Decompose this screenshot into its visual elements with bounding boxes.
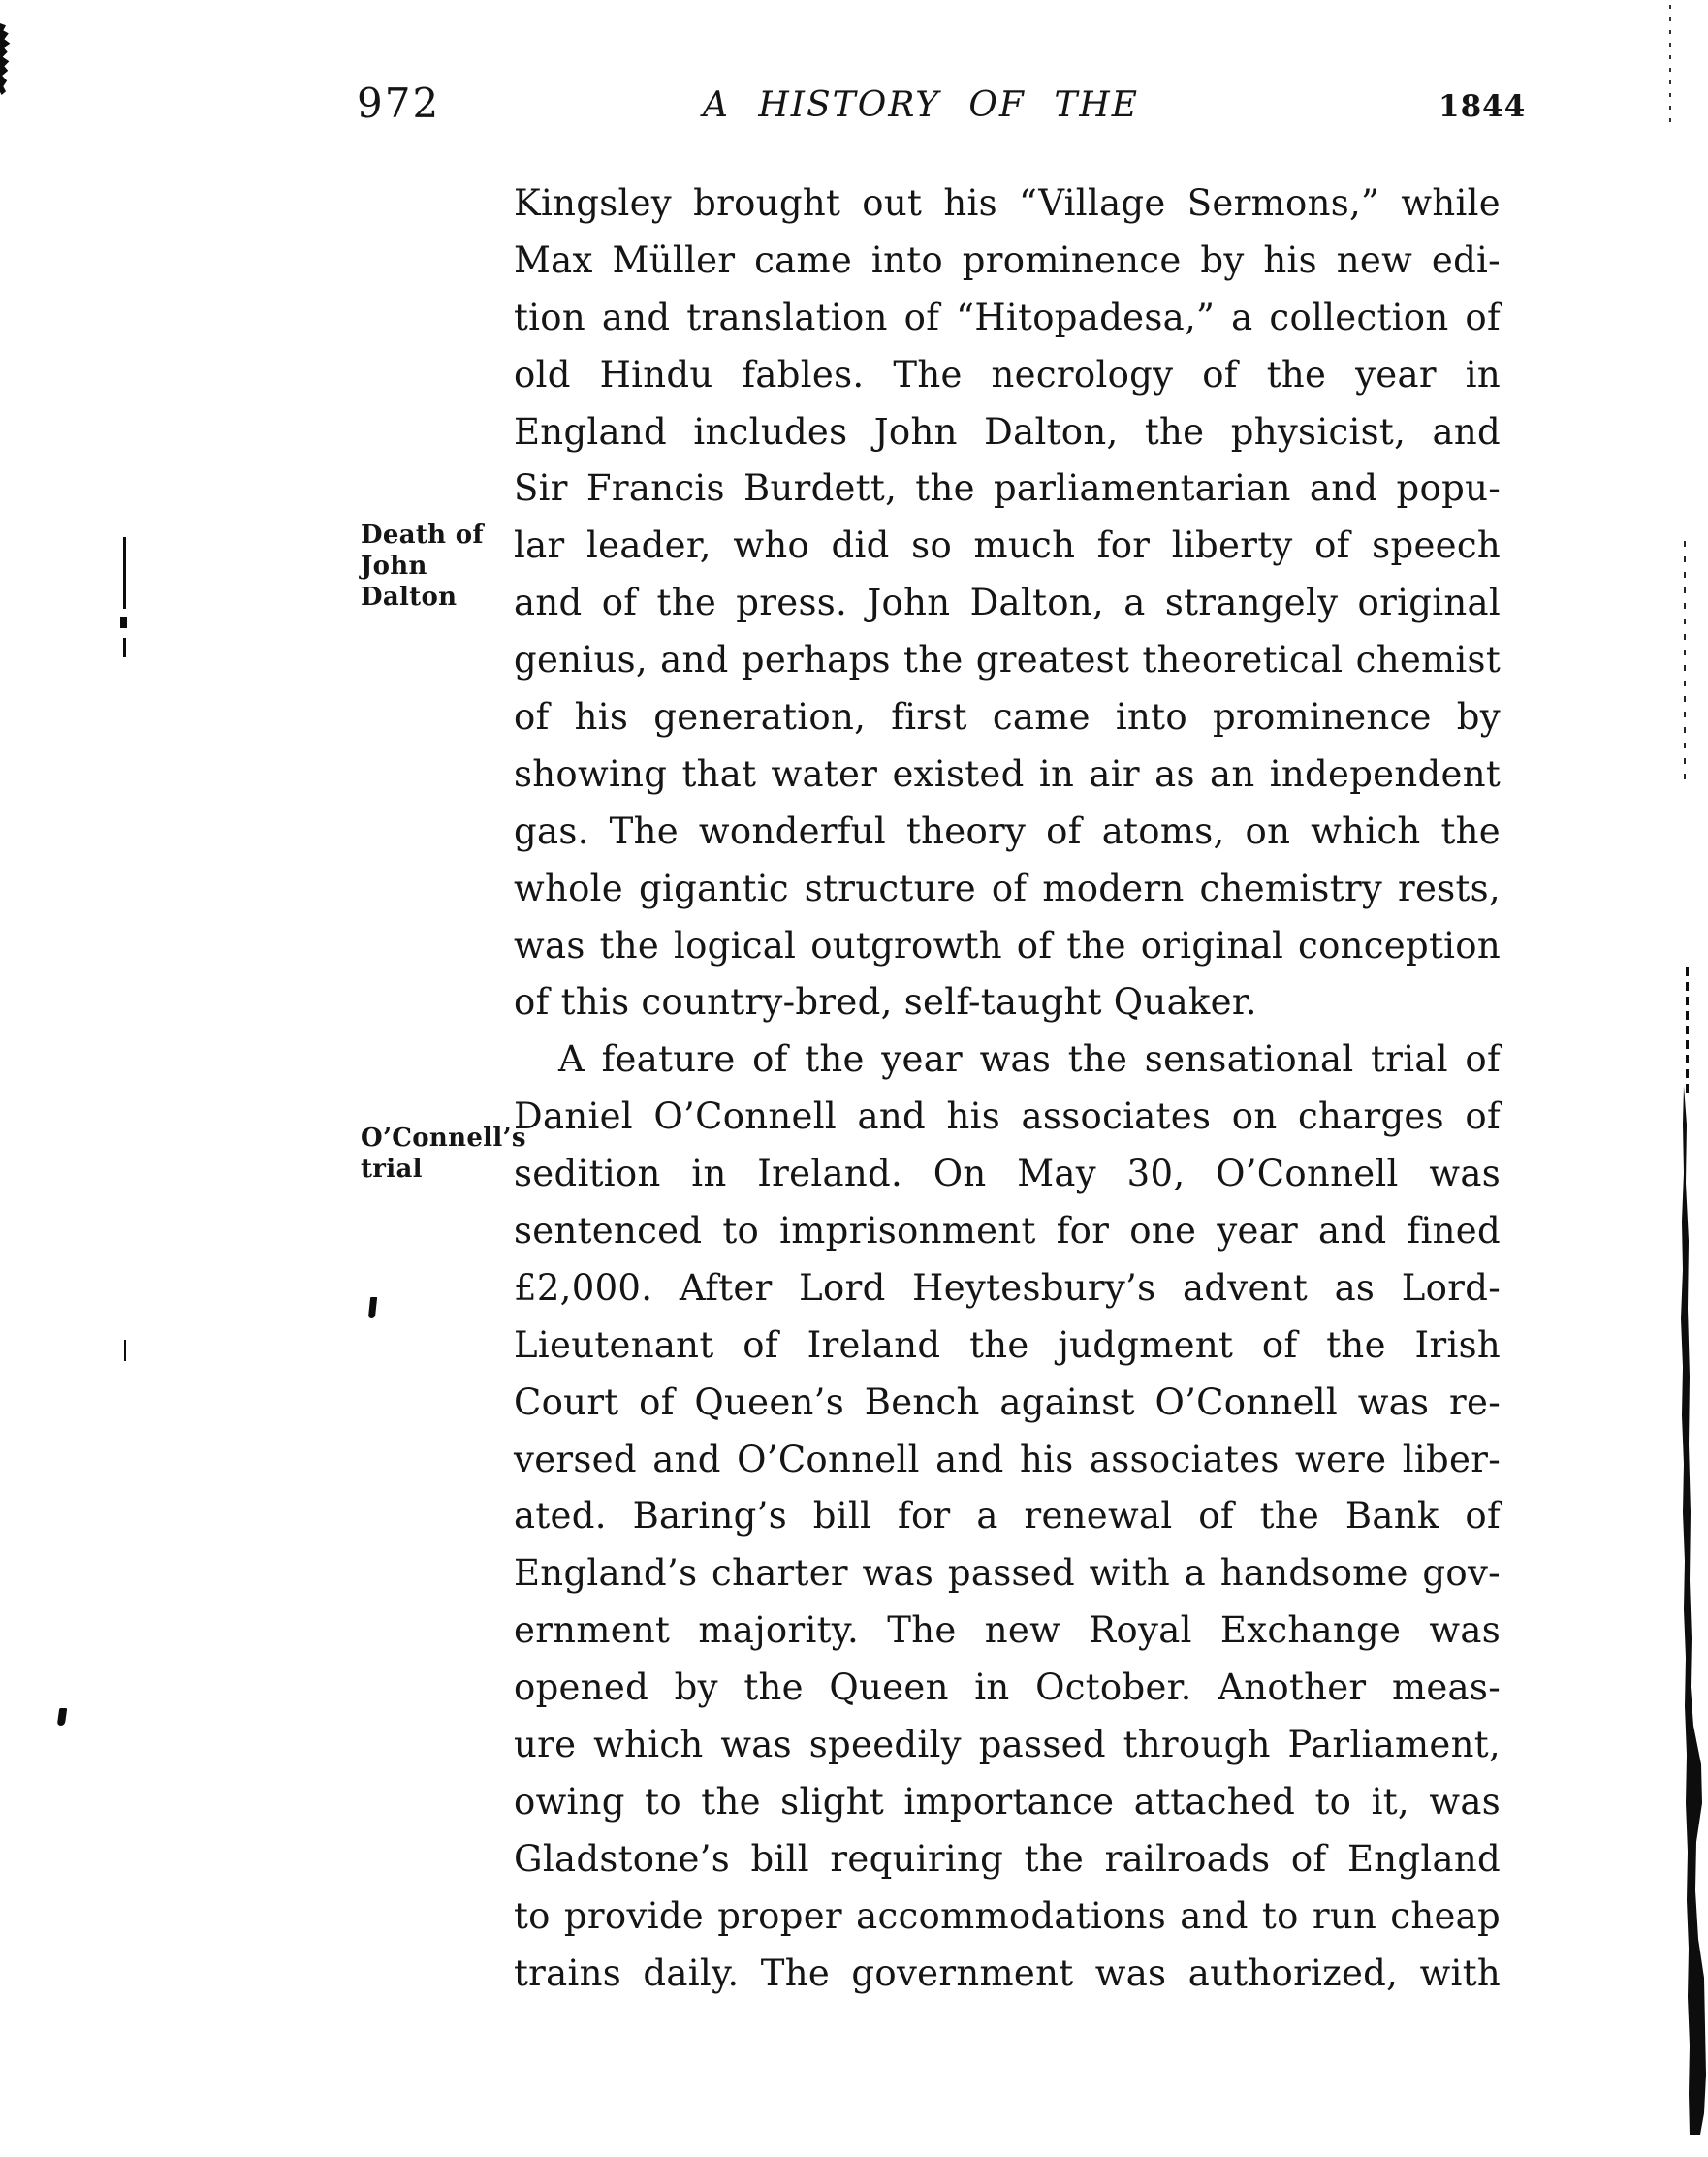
body-line: genius, and perhaps the greatest theoret… bbox=[514, 636, 1501, 693]
scan-artifact-stray-comma bbox=[57, 1708, 68, 1726]
body-text-block: Kingsley brought out his “Village Sermon… bbox=[514, 179, 1501, 2007]
scan-artifact-left-line bbox=[123, 537, 126, 609]
scan-artifact-top-left-streak bbox=[0, 23, 11, 95]
scan-artifact-right-dashes bbox=[1684, 541, 1686, 781]
body-line: to provide proper accommodations and to … bbox=[514, 1892, 1501, 1950]
body-line: whole gigantic structure of modern chemi… bbox=[514, 865, 1501, 922]
body-line: showing that water existed in air as an … bbox=[514, 750, 1501, 808]
margin-note-line: Death of bbox=[361, 520, 506, 551]
body-line: of this country-bred, self-taught Quaker… bbox=[514, 978, 1501, 1035]
body-line: trains daily. The government was authori… bbox=[514, 1950, 1501, 2007]
year-label: 1844 bbox=[1439, 89, 1526, 124]
margin-note-oconnells-trial: O’Connell’strial bbox=[361, 1123, 506, 1185]
body-line: lar leader, who did so much for liberty … bbox=[514, 522, 1501, 579]
body-line: ure which was speedily passed through Pa… bbox=[514, 1721, 1501, 1778]
body-line: Daniel O’Connell and his associates on c… bbox=[514, 1093, 1501, 1150]
body-line: Sir Francis Burdett, the parliamentarian… bbox=[514, 464, 1501, 522]
body-line: versed and O’Connell and his associates … bbox=[514, 1436, 1501, 1493]
body-line: old Hindu fables. The necrology of the y… bbox=[514, 351, 1501, 408]
body-line: owing to the slight importance attached … bbox=[514, 1778, 1501, 1835]
body-line: England’s charter was passed with a hand… bbox=[514, 1549, 1501, 1606]
scan-artifact-left-line-short bbox=[123, 638, 126, 657]
scan-artifact-stray-apostrophe bbox=[368, 1297, 377, 1318]
body-line: ated. Baring’s bill for a renewal of the… bbox=[514, 1492, 1501, 1549]
body-line: Max Müller came into prominence by his n… bbox=[514, 237, 1501, 294]
body-line: ernment majority. The new Royal Exchange… bbox=[514, 1606, 1501, 1664]
body-line: was the logical outgrowth of the origina… bbox=[514, 922, 1501, 979]
margin-note-line: trial bbox=[361, 1154, 506, 1185]
body-line: England includes John Dalton, the physic… bbox=[514, 408, 1501, 465]
margin-note-line: John bbox=[361, 551, 506, 582]
scan-artifact-top-right-dots bbox=[1669, 5, 1671, 127]
body-line: Kingsley brought out his “Village Sermon… bbox=[514, 179, 1501, 237]
body-line: £2,000. After Lord Heytesbury’s advent a… bbox=[514, 1264, 1501, 1321]
body-line: sentenced to imprisonment for one year a… bbox=[514, 1207, 1501, 1264]
page-number: 972 bbox=[357, 79, 440, 127]
scan-artifact-binding-shadow bbox=[1675, 1086, 1708, 2138]
body-line: opened by the Queen in October. Another … bbox=[514, 1664, 1501, 1721]
body-line: A feature of the year was the sensationa… bbox=[514, 1035, 1501, 1093]
scan-artifact-left-line-lower bbox=[124, 1340, 126, 1361]
margin-note-line: Dalton bbox=[361, 582, 506, 613]
body-line: Gladstone’s bill requiring the railroads… bbox=[514, 1835, 1501, 1892]
body-line: Lieutenant of Ireland the judgment of th… bbox=[514, 1321, 1501, 1379]
scan-artifact-left-tick bbox=[120, 617, 127, 628]
running-title: A HISTORY OF THE bbox=[703, 85, 1139, 125]
body-line: sedition in Ireland. On May 30, O’Connel… bbox=[514, 1150, 1501, 1207]
body-line: and of the press. John Dalton, a strange… bbox=[514, 579, 1501, 636]
body-line: gas. The wonderful theory of atoms, on w… bbox=[514, 808, 1501, 865]
scan-artifact-right-dashes-lower bbox=[1686, 967, 1689, 1095]
margin-note-death-of-john-dalton: Death ofJohnDalton bbox=[361, 520, 506, 613]
book-page: 972 A HISTORY OF THE 1844 Death ofJohnDa… bbox=[0, 0, 1708, 2157]
body-line: Court of Queen’s Bench against O’Connell… bbox=[514, 1379, 1501, 1436]
body-line: of his generation, first came into promi… bbox=[514, 693, 1501, 750]
margin-note-line: O’Connell’s bbox=[361, 1123, 506, 1154]
body-line: tion and translation of “Hitopadesa,” a … bbox=[514, 294, 1501, 351]
